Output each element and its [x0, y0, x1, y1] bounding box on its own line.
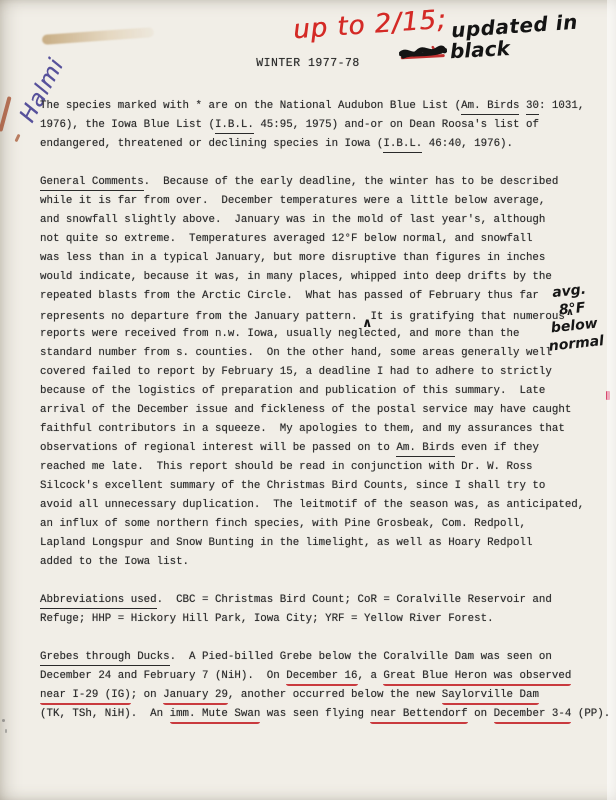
underlined-text: I.B.L.: [383, 138, 422, 153]
text-segment: 1976), the Iowa Blue List (: [40, 119, 215, 131]
typed-line: observations of regional interest will b…: [40, 439, 615, 458]
red-underlined-text: imm. Mute Swan: [170, 708, 261, 724]
text-segment: December 24 and February 7 (NiH). On: [40, 670, 286, 682]
red-underlined-text: near I-29 (IG): [40, 689, 131, 705]
red-underlined-text: Great Blue Heron was observed: [383, 670, 571, 686]
underlined-text: I.B.L.: [215, 119, 254, 134]
typed-line: and snowfall slightly above. January was…: [40, 211, 615, 230]
text-segment: not quite so extreme. Temperatures avera…: [40, 233, 532, 245]
underlined-text: Grebes through Ducks: [40, 651, 170, 666]
text-segment: observations of regional interest will b…: [40, 442, 396, 454]
text-segment: reports were received from n.w. Iowa, us…: [40, 328, 519, 340]
text-segment: and snowfall slightly above. January was…: [40, 214, 545, 226]
typed-line: faithful contributors in a squeeze. My a…: [40, 420, 615, 439]
text-segment: repeated blasts from the Arctic Circle. …: [40, 290, 539, 302]
text-segment: The species marked with * are on the Nat…: [40, 100, 461, 112]
text-segment: , a: [358, 670, 384, 682]
typed-line: arrival of the December issue and fickle…: [40, 401, 615, 420]
paragraph-abbreviations: Abbreviations used. CBC = Christmas Bird…: [40, 591, 615, 629]
red-underlined-text: Saylorville Dam: [442, 689, 539, 705]
typed-line: General Comments. Because of the early d…: [40, 173, 615, 192]
text-segment: It is gratifying that numerous: [364, 311, 565, 323]
text-segment: faithful contributors in a squeeze. My a…: [40, 423, 565, 435]
text-segment: (PP).: [571, 708, 610, 720]
text-segment: reached me late. This report should be r…: [40, 461, 532, 473]
text-segment: an influx of some northern finch species…: [40, 518, 526, 530]
text-segment: because of the logistics of preparation …: [40, 385, 545, 397]
text-segment: arrival of the December issue and fickle…: [40, 404, 571, 416]
typed-line: represents no departure from the January…: [40, 306, 615, 325]
text-segment: ; on: [131, 689, 163, 701]
paragraph-grebes-through-ducks: Grebes through Ducks. A Pied-billed Greb…: [40, 648, 615, 724]
typed-body: The species marked with * are on the Nat…: [40, 97, 615, 743]
text-segment: Lapland Longspur and Snow Bunting in the…: [40, 537, 532, 549]
typed-line: avoid all unnecessary duplication. The l…: [40, 496, 615, 515]
red-underlined-text: near Bettendorf: [370, 708, 467, 724]
typed-line: Refuge; HHP = Hickory Hill Park, Iowa Ci…: [40, 610, 615, 629]
text-segment: 45:95, 1975) and-or on Dean Roosa's list…: [254, 119, 539, 131]
typed-line: standard number from s. counties. On the…: [40, 344, 615, 363]
typed-line: repeated blasts from the Arctic Circle. …: [40, 287, 615, 306]
typed-line: Lapland Longspur and Snow Bunting in the…: [40, 534, 615, 553]
tape-stain: [42, 27, 154, 45]
typed-line: 1976), the Iowa Blue List (I.B.L. 45:95,…: [40, 116, 615, 135]
typed-line: covered failed to report by February 15,…: [40, 363, 615, 382]
text-segment: even if they: [455, 442, 539, 454]
red-underlined-text: January 29: [163, 689, 228, 705]
text-segment: covered failed to report by February 15,…: [40, 366, 552, 378]
typed-line: Silcock's excellent summary of the Chris…: [40, 477, 615, 496]
typed-line: reports were received from n.w. Iowa, us…: [40, 325, 615, 344]
bottom-edge-speck: [5, 729, 7, 733]
typed-line: near I-29 (IG); on January 29, another o…: [40, 686, 615, 705]
text-segment: added to the Iowa list.: [40, 556, 189, 568]
typed-line: added to the Iowa list.: [40, 553, 615, 572]
red-underlined-text: December 3-4: [494, 708, 572, 724]
underlined-text: Abbreviations used: [40, 594, 157, 609]
text-segment: avoid all unnecessary duplication. The l…: [40, 499, 584, 511]
text-segment: , another occurred below the new: [228, 689, 442, 701]
text-segment: : 1031,: [539, 100, 584, 112]
text-segment: on: [468, 708, 494, 720]
text-segment: 46:40, 1976).: [422, 138, 513, 150]
text-segment: . Because of the early deadline, the win…: [144, 176, 559, 188]
typed-line: Grebes through Ducks. A Pied-billed Greb…: [40, 648, 615, 667]
document-page: up to 2/15; updated in black Halmi avg. …: [0, 0, 616, 800]
text-segment: represents no departure from the January…: [40, 311, 364, 323]
typed-line: The species marked with * are on the Nat…: [40, 97, 615, 116]
underlined-text: Am. Birds: [461, 100, 519, 115]
text-segment: [519, 100, 525, 112]
typed-line: (TK, TSh, NiH). An imm. Mute Swan was se…: [40, 705, 615, 724]
paragraph-intro: The species marked with * are on the Nat…: [40, 97, 615, 154]
text-segment: (TK, TSh, NiH). An: [40, 708, 170, 720]
typed-line: while it is far from over. December temp…: [40, 192, 615, 211]
text-segment: was seen flying: [260, 708, 370, 720]
text-segment: would indicate, because it was, in many …: [40, 271, 552, 283]
bottom-edge-speck: [2, 719, 5, 722]
text-segment: Refuge; HHP = Hickory Hill Park, Iowa Ci…: [40, 613, 494, 625]
typed-line: Abbreviations used. CBC = Christmas Bird…: [40, 591, 615, 610]
red-underlined-text: December 16: [286, 670, 357, 686]
typed-line: December 24 and February 7 (NiH). On Dec…: [40, 667, 615, 686]
paragraph-general-comments: General Comments. Because of the early d…: [40, 173, 615, 572]
text-segment: endangered, threatened or declining spec…: [40, 138, 383, 150]
left-edge-ink-mark: [0, 96, 12, 132]
underlined-text: General Comments: [40, 176, 144, 191]
text-segment: while it is far from over. December temp…: [40, 195, 545, 207]
typed-line: not quite so extreme. Temperatures avera…: [40, 230, 615, 249]
typed-line: would indicate, because it was, in many …: [40, 268, 615, 287]
underlined-text: 30: [526, 100, 539, 115]
typed-line: an influx of some northern finch species…: [40, 515, 615, 534]
annotation-up-to-date: up to 2/15;: [292, 5, 447, 46]
underlined-text: Am. Birds: [396, 442, 454, 457]
text-segment: standard number from s. counties. On the…: [40, 347, 552, 359]
typed-line: endangered, threatened or declining spec…: [40, 135, 615, 154]
page-title: WINTER 1977-78: [0, 57, 616, 70]
typed-line: reached me late. This report should be r…: [40, 458, 615, 477]
typed-line: because of the logistics of preparation …: [40, 382, 615, 401]
left-edge-ink-speck: [14, 134, 20, 143]
text-segment: . CBC = Christmas Bird Count; CoR = Cora…: [157, 594, 552, 606]
text-segment: was less than in a typical January, but …: [40, 252, 545, 264]
text-segment: . A Pied-billed Grebe below the Coralvil…: [170, 651, 552, 663]
text-segment: Silcock's excellent summary of the Chris…: [40, 480, 545, 492]
typed-line: was less than in a typical January, but …: [40, 249, 615, 268]
